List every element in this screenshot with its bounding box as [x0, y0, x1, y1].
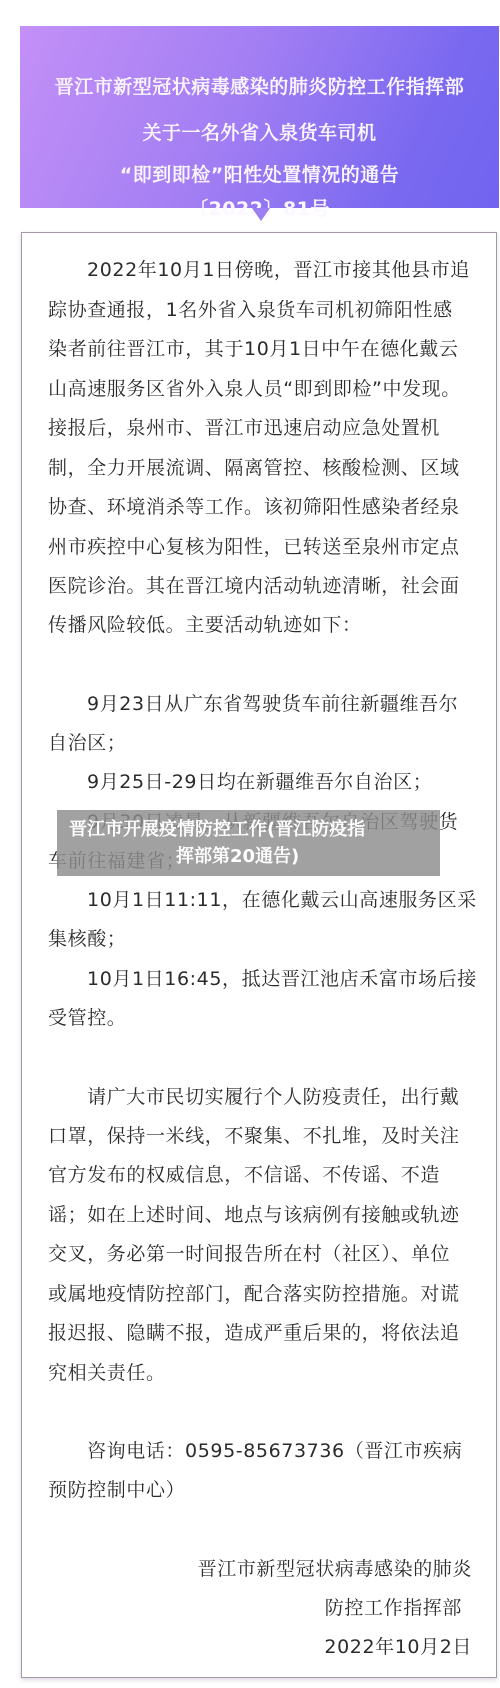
- caption-overlay-line-2: 挥部第20通告): [176, 846, 299, 868]
- body-text-line: 交叉，务必第一时间报告所在村（社区）、单位: [48, 1242, 450, 1266]
- trajectory-line: 受管控。: [48, 1006, 126, 1030]
- body-text-line: 制，全力开展流调、隔离管控、核酸检测、区域: [48, 456, 460, 480]
- trajectory-line: 10月1日11:11，在德化戴云山高速服务区采: [87, 888, 477, 912]
- contact-phone-line: 咨询电话：0595-85673736（晋江市疾病: [87, 1439, 462, 1463]
- body-text-line: 染者前往晋江市，其于10月1日中午在德化戴云: [48, 337, 458, 361]
- trajectory-line: 自治区；: [48, 731, 126, 755]
- body-text-line: 医院诊治。其在晋江境内活动轨迹清晰，社会面: [48, 574, 460, 598]
- header-title-line-2: 关于一名外省入泉货车司机: [20, 118, 499, 145]
- body-text-line: 踪协查通报，1名外省入泉货车司机初筛阳性感: [48, 298, 453, 322]
- body-text-line: 口罩，保持一米线，不聚集、不扎堆，及时关注: [48, 1124, 460, 1148]
- body-text-line: 究相关责任。: [48, 1361, 166, 1385]
- trajectory-line: 集核酸；: [48, 927, 126, 951]
- body-text-line: 协查、环境消杀等工作。该初筛阳性感染者经泉: [48, 495, 460, 519]
- signature-org-line-2: 防控工作指挥部: [325, 1596, 462, 1620]
- header-title-line-1: 晋江市新型冠状病毒感染的肺炎防控工作指挥部: [20, 72, 499, 99]
- header-pointer-triangle: [252, 208, 270, 221]
- notice-header: 晋江市新型冠状病毒感染的肺炎防控工作指挥部 关于一名外省入泉货车司机 “即到即检…: [20, 26, 499, 208]
- body-text-line: 传播风险较低。主要活动轨迹如下：: [48, 613, 362, 637]
- body-text-line: 州市疾控中心复核为阳性，已转送至泉州市定点: [48, 535, 460, 559]
- body-text-line: 山高速服务区省外入泉人员“即到即检”中发现。: [48, 377, 461, 401]
- trajectory-line: 10月1日16:45，抵达晋江池店禾富市场后接: [87, 967, 477, 991]
- body-text-line: 2022年10月1日傍晚，晋江市接其他县市追: [87, 258, 470, 282]
- caption-overlay-line-1: 晋江市开展疫情防控工作(晋江防疫指: [69, 819, 365, 841]
- contact-phone-line: 预防控制中心）: [48, 1478, 185, 1502]
- body-text-line: 或属地疫情防控部门，配合落实防控措施。对谎: [48, 1282, 460, 1306]
- body-text-line: 官方发布的权威信息，不信谣、不传谣、不造: [48, 1163, 440, 1187]
- trajectory-line: 9月23日从广东省驾驶货车前往新疆维吾尔: [87, 692, 458, 716]
- body-text-line: 谣；如在上述时间、地点与该病例有接触或轨迹: [48, 1203, 460, 1227]
- trajectory-line: 9月25日-29日均在新疆维吾尔自治区；: [87, 770, 432, 794]
- body-text-line: 报迟报、隐瞒不报，造成严重后果的，将依法追: [48, 1321, 460, 1345]
- signature-org-line-1: 晋江市新型冠状病毒感染的肺炎: [198, 1557, 472, 1581]
- signature-date: 2022年10月2日: [324, 1635, 472, 1659]
- body-text-line: 请广大市民切实履行个人防疫责任，出行戴: [87, 1085, 459, 1109]
- header-title-line-3: “即到即检”阳性处置情况的通告: [20, 160, 499, 187]
- body-text-line: 接报后，泉州市、晋江市迅速启动应急处置机: [48, 416, 440, 440]
